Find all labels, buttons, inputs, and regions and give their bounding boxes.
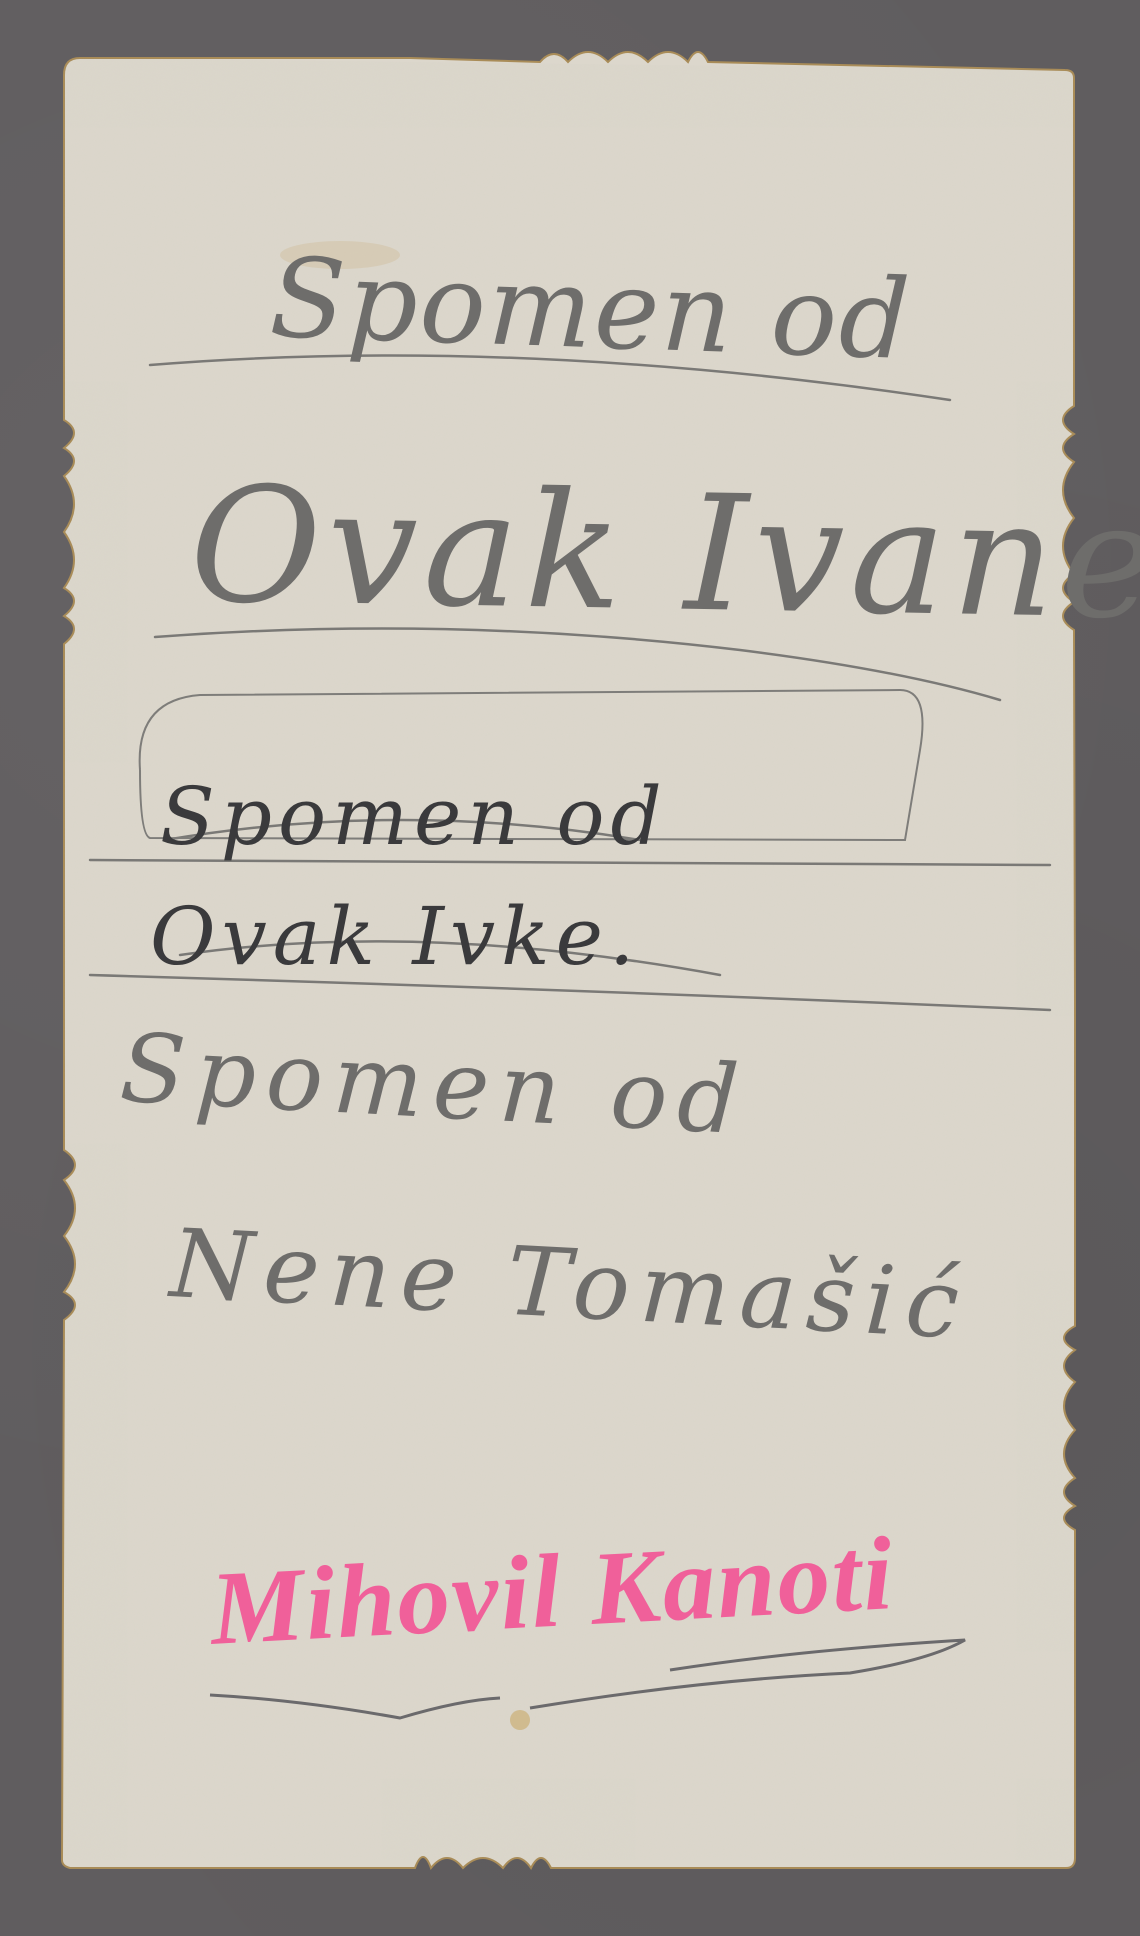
stain — [510, 1710, 530, 1730]
inscription-line-2: Ovak Ivane. — [188, 451, 1140, 656]
inscription-line-1: Spomen od — [268, 234, 914, 384]
inscription-line-4: Ovak Ivke. — [150, 890, 640, 983]
inscription-line-3: Spomen od — [160, 770, 668, 863]
